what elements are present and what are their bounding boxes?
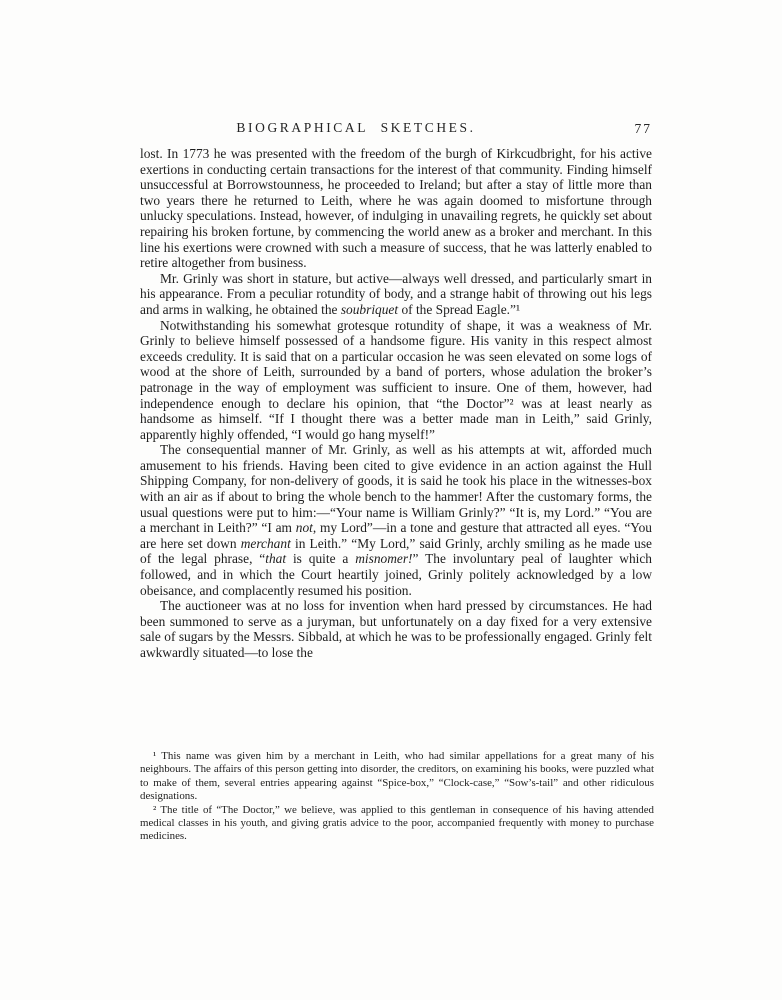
paragraph: lost. In 1773 he was presented with the … [140,146,652,271]
paragraph: Mr. Grinly was short in stature, but act… [140,271,652,318]
paragraph: The auctioneer was at no loss for invent… [140,598,652,660]
paragraph: The consequential manner of Mr. Grinly, … [140,442,652,598]
page-number: 77 [635,121,653,137]
body-text: lost. In 1773 he was presented with the … [140,146,652,661]
running-header: BIOGRAPHICAL SKETCHES. 77 [140,120,652,138]
paragraph: Notwithstanding his somewhat grotesque r… [140,318,652,443]
book-page: BIOGRAPHICAL SKETCHES. 77 lost. In 1773 … [0,0,782,1000]
footnote: ² The title of “The Doctor,” we believe,… [140,804,654,844]
page-title: BIOGRAPHICAL SKETCHES. [140,120,572,136]
footnote: ¹ This name was given him by a merchant … [140,750,654,804]
footnotes: ¹ This name was given him by a merchant … [140,750,654,844]
